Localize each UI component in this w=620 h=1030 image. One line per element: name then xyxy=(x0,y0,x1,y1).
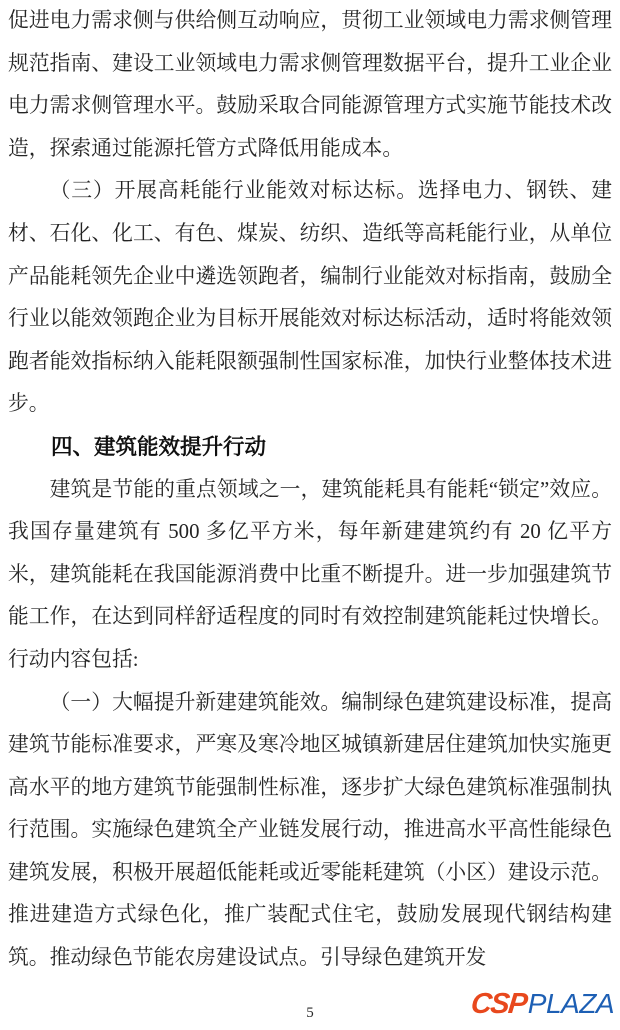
paragraph-item-one: （一）大幅提升新建建筑能效。编制绿色建筑建设标准，提高建筑节能标准要求，严寒及寒… xyxy=(8,682,612,980)
document-text-block: 促进电力需求侧与供给侧互动响应，贯彻工业领域电力需求侧管理规范指南、建设工业领域… xyxy=(8,0,612,980)
document-page: 促进电力需求侧与供给侧互动响应，贯彻工业领域电力需求侧管理规范指南、建设工业领域… xyxy=(0,0,620,1030)
paragraph-continuation: 促进电力需求侧与供给侧互动响应，贯彻工业领域电力需求侧管理规范指南、建设工业领域… xyxy=(8,0,612,170)
logo-csp-text: CSP xyxy=(469,990,527,1019)
logo-plaza-text: PLAZA xyxy=(528,990,614,1018)
csp-plaza-logo: CSPPLAZA xyxy=(471,990,614,1019)
paragraph-item-three: （三）开展高耗能行业能效对标达标。选择电力、钢铁、建材、石化、化工、有色、煤炭、… xyxy=(8,170,612,426)
paragraph-building-intro: 建筑是节能的重点领域之一，建筑能耗具有能耗“锁定”效应。我国存量建筑有 500 … xyxy=(8,469,612,682)
section-heading: 四、建筑能效提升行动 xyxy=(8,426,612,469)
